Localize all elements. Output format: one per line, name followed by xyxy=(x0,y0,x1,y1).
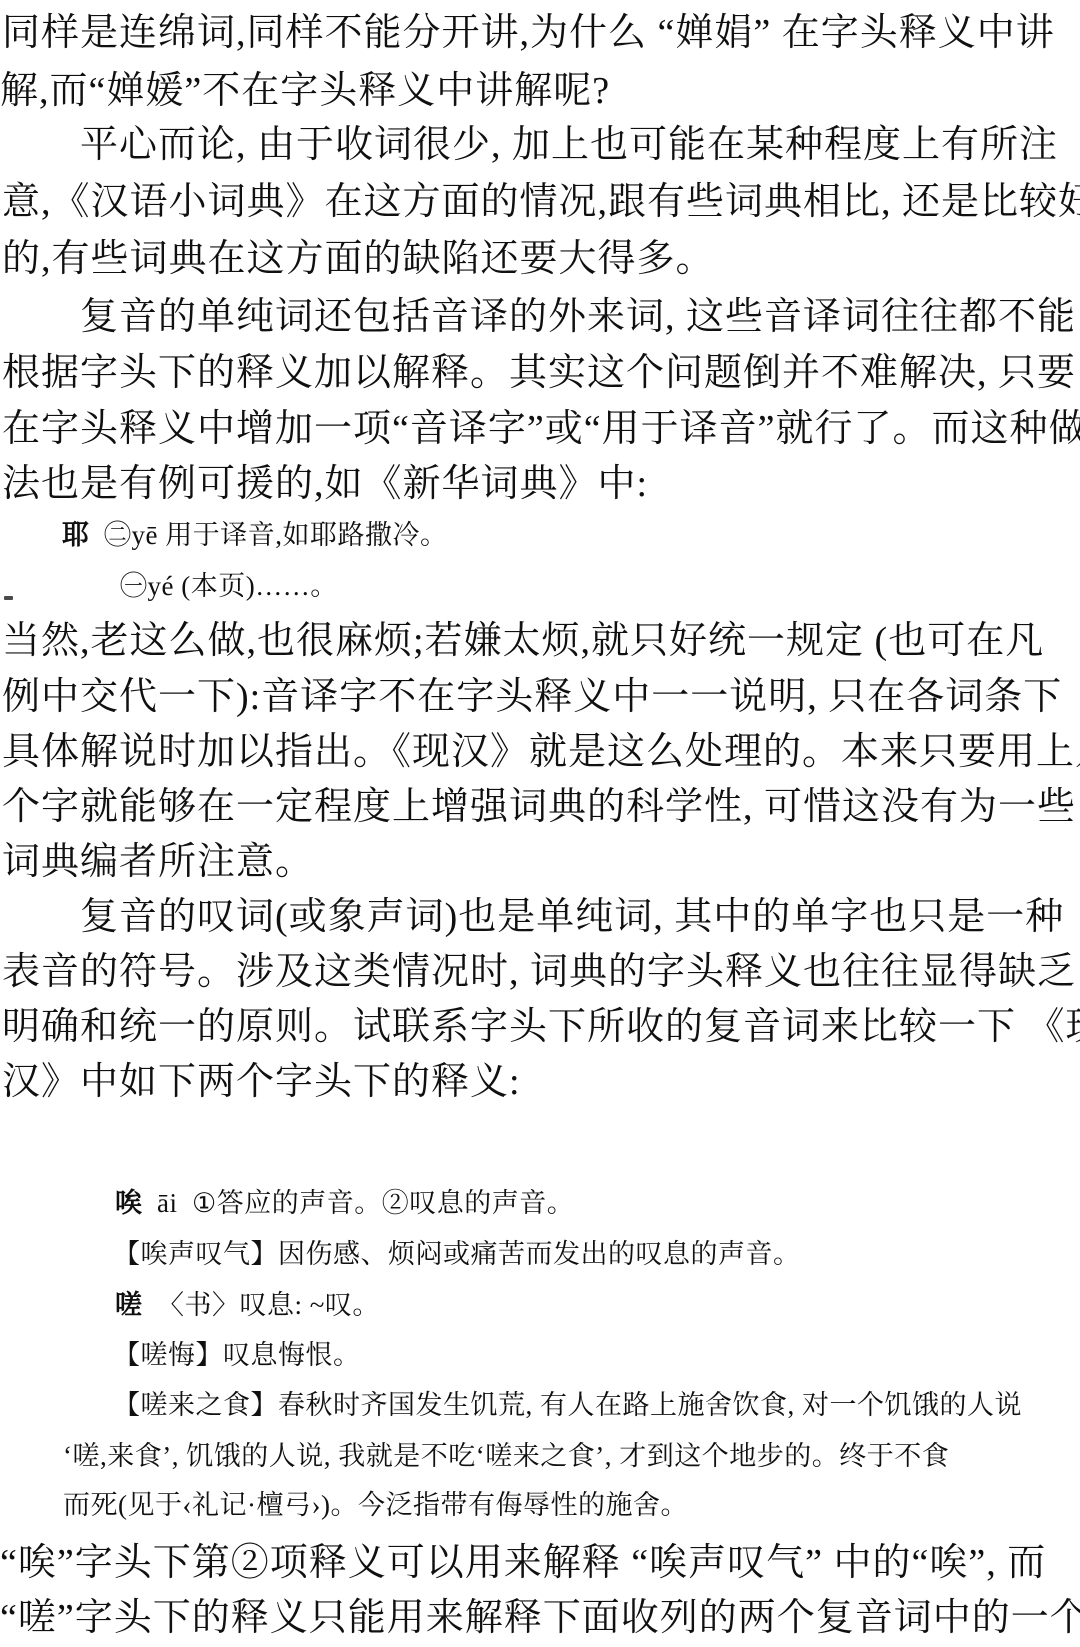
body-text-line-28: “唉”字头下第②项释义可以用来解释 “唉声叹气” 中的“唉”, 而 xyxy=(0,1542,1046,1586)
body-text-line-15: 个字就能够在一定程度上增强词典的科学性, 可惜这没有为一些 xyxy=(2,786,1076,830)
body-text-line-8: 在字头释义中增加一项“音译字”或“用于译音”就行了。而这种做 xyxy=(2,408,1080,452)
body-text-line-3: 平心而论, 由于收词很少, 加上也可能在某种程度上有所注 xyxy=(80,124,1058,168)
body-text-line-16: 词典编者所注意。 xyxy=(2,841,314,885)
body-text-line-19: 明确和统一的原则。试联系字头下所收的复音词来比较一下 《现 xyxy=(2,1006,1080,1050)
scanned-page: 同样是连绵词,同样不能分开讲,为什么 “婵娟” 在字头释义中讲解,而“婵媛”不在… xyxy=(0,0,1080,1647)
body-text-line-12: 当然,老这么做,也很麻烦;若嫌太烦,就只好统一规定 (也可在凡 xyxy=(2,620,1044,664)
body-text-line-4: 意,《汉语小词典》在这方面的情况,跟有些词典相比, 还是比较好 xyxy=(2,181,1080,225)
body-text-line-2: 解,而“婵媛”不在字头释义中讲解呢? xyxy=(0,70,610,114)
entry-headword: 唉 xyxy=(115,1188,143,1218)
body-text-line-1: 同样是连绵词,同样不能分开讲,为什么 “婵娟” 在字头释义中讲 xyxy=(2,12,1055,56)
dictionary-example-line-26: ‘嗟,来食’, 饥饿的人说, 我就是不吃‘嗟来之食’, 才到这个地步的。终于不食 xyxy=(63,1441,949,1472)
body-text-line-9: 法也是有例可援的,如《新华词典》中: xyxy=(2,463,648,507)
body-text-line-14: 具体解说时加以指出。《现汉》就是这么处理的。本来只要用上几 xyxy=(2,731,1080,775)
dictionary-example-line-24: 【嗟悔】叹息悔恨。 xyxy=(113,1340,361,1371)
dictionary-example-line-11: ㊀yé (本页)……。 xyxy=(120,571,338,602)
dictionary-example-line-25: 【嗟来之食】春秋时齐国发生饥荒, 有人在路上施舍饮食, 对一个饥饿的人说 xyxy=(113,1390,1022,1421)
entry-headword: 耶 xyxy=(62,520,90,550)
dictionary-example-line-21: 唉 āi ①答应的声音。②叹息的声音。 xyxy=(115,1188,574,1219)
body-text-line-7: 根据字头下的释义加以解释。其实这个问题倒并不难解决, 只要 xyxy=(2,352,1076,396)
body-text-line-18: 表音的符号。涉及这类情况时, 词典的字头释义也往往显得缺乏 xyxy=(2,951,1076,995)
dictionary-example-line-23: 嗟 〈书〉叹息: ~叹。 xyxy=(115,1290,380,1321)
body-text-line-6: 复音的单纯词还包括音译的外来词, 这些音译词往往都不能 xyxy=(80,296,1076,340)
body-text-line-29: “嗟”字头下的释义只能用来解释下面收列的两个复音词中的一个 xyxy=(0,1597,1080,1641)
body-text-line-20: 汉》中如下两个字头下的释义: xyxy=(2,1061,521,1105)
body-text-line-13: 例中交代一下):音译字不在字头释义中一一说明, 只在各词条下 xyxy=(2,676,1062,720)
scan-artifact-1 xyxy=(4,596,13,600)
dictionary-example-line-27: 而死(见于‹礼记·檀弓›)。今泛指带有侮辱性的施舍。 xyxy=(63,1490,688,1521)
dictionary-example-line-22: 【唉声叹气】因伤感、烦闷或痛苦而发出的叹息的声音。 xyxy=(113,1239,801,1270)
body-text-line-5: 的,有些词典在这方面的缺陷还要大得多。 xyxy=(2,238,715,282)
body-text-line-17: 复音的叹词(或象声词)也是单纯词, 其中的单字也只是一种 xyxy=(80,896,1064,940)
entry-headword: 嗟 xyxy=(115,1290,143,1320)
dictionary-example-line-10: 耶 ㊁yē 用于译音,如耶路撒冷。 xyxy=(62,520,447,551)
